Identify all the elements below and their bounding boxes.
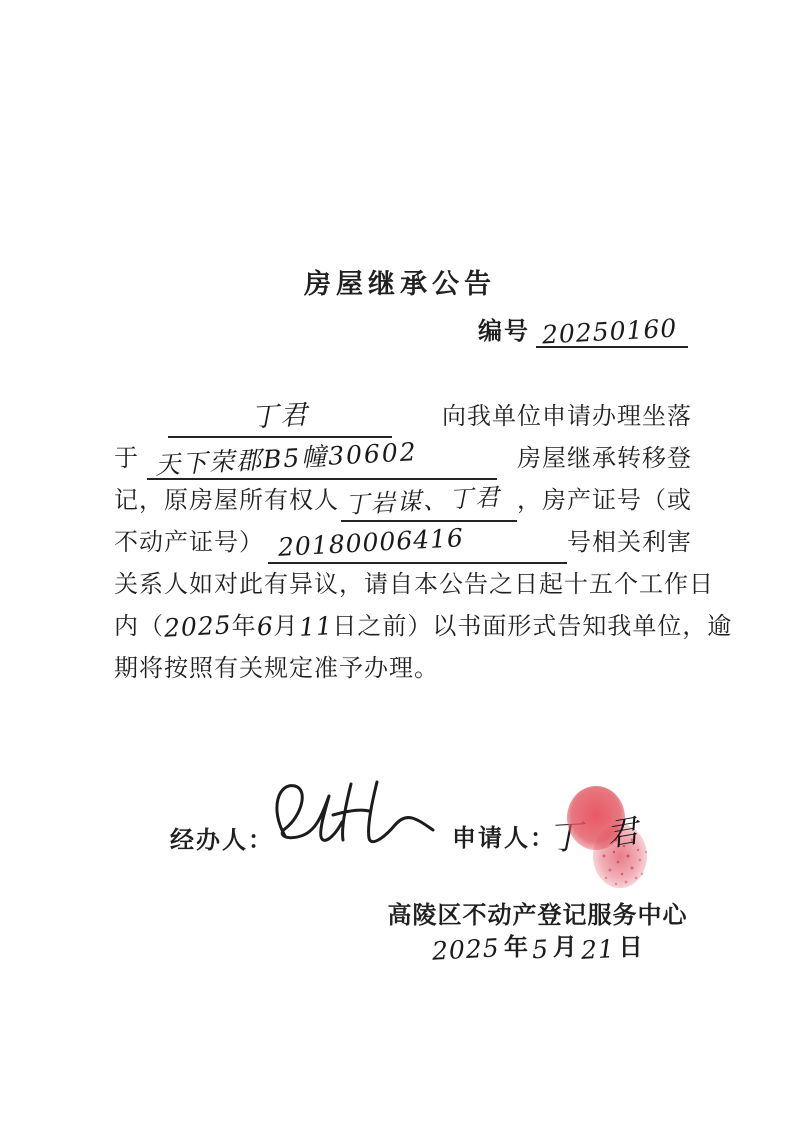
- deadline-month-handwritten: 6: [256, 606, 275, 649]
- body-line-3: 记，原房屋所有权人 丁岩谋、丁君 ，房产证号（或: [114, 480, 692, 522]
- body-line-7-text: 期将按照有关规定准予办理。: [114, 647, 439, 690]
- body-line-3-prefix: 记，原房屋所有权人: [114, 479, 339, 522]
- issue-month-handwritten: 5: [531, 935, 549, 965]
- body-line-4: 不动产证号） 20180006416 号相关利害: [114, 522, 692, 564]
- body-line-5-text: 关系人如对此有异议，请自本公告之日起十五个工作日: [114, 563, 714, 606]
- body-line-2-prefix: 于: [114, 437, 139, 480]
- applicant-blank-line: 丁君: [168, 398, 392, 438]
- deadline-year-unit: 年: [232, 605, 257, 648]
- cert-no-handwritten: 20180006416: [277, 517, 465, 569]
- body-line-2: 于 天下荣郡B5幢30602 房屋继承转移登: [114, 438, 692, 480]
- issue-date-row: 2025 年 5 月 21 日: [380, 930, 695, 964]
- body-line-4-text: 号相关利害: [567, 521, 692, 564]
- body-line-7: 期将按照有关规定准予办理。: [114, 648, 692, 690]
- serial-value-handwritten: 20250160: [541, 313, 678, 349]
- body-line-2-text: 房屋继承转移登: [517, 437, 692, 480]
- deadline-suffix: 日之前）以书面形式告知我单位，逾: [332, 605, 732, 648]
- deadline-day-handwritten: 11: [297, 605, 333, 649]
- deadline-prefix: 内（: [114, 605, 164, 648]
- body-line-4-prefix: 不动产证号）: [114, 521, 264, 564]
- applicant-name-handwritten: 丁君: [250, 395, 310, 440]
- owners-blank-line: 丁岩谋、丁君: [341, 482, 517, 522]
- applicant-label: 申请人：: [452, 818, 556, 853]
- deadline-year-handwritten: 2025: [163, 604, 233, 649]
- deadline-month-unit: 月: [274, 605, 299, 648]
- issue-month-unit: 月: [553, 927, 577, 964]
- issue-year-handwritten: 2025: [432, 933, 501, 965]
- body-line-6: 内（ 2025 年 6 月 11 日之前）以书面形式告知我单位，逾: [114, 606, 692, 648]
- body-line-3-text: ，房产证号（或: [517, 479, 692, 522]
- issue-day-handwritten: 21: [580, 934, 615, 965]
- serial-label: 编号: [478, 311, 530, 348]
- handler-signature-scribble: [255, 770, 445, 870]
- cert-no-blank-line: 20180006416: [268, 524, 567, 564]
- address-blank-line: 天下荣郡B5幢30602: [147, 440, 497, 480]
- address-handwritten: 天下荣郡B5幢30602: [154, 431, 419, 487]
- notice-body: 丁君 向我单位申请办理坐落 于 天下荣郡B5幢30602 房屋继承转移登 记，原…: [114, 396, 692, 690]
- serial-number-row: 编号 20250160: [478, 312, 688, 348]
- signature-section: 经办人： 申请人： 丁: [0, 770, 800, 900]
- issue-day-unit: 日: [619, 927, 643, 964]
- scanned-notice-page: 房屋继承公告 编号 20250160 丁君 向我单位申请办理坐落 于 天下荣郡B…: [0, 0, 800, 1132]
- fingerprint-stamp: 君: [558, 782, 666, 894]
- body-line-5: 关系人如对此有异议，请自本公告之日起十五个工作日: [114, 564, 692, 606]
- handler-signature-icon: [255, 770, 445, 866]
- issuing-org-name: 高陵区不动产登记服务中心: [380, 895, 695, 930]
- serial-blank-line: 20250160: [536, 312, 688, 348]
- body-line-1-text: 向我单位申请办理坐落: [442, 395, 692, 438]
- page-title: 房屋继承公告: [0, 262, 800, 301]
- issue-year-unit: 年: [504, 927, 528, 964]
